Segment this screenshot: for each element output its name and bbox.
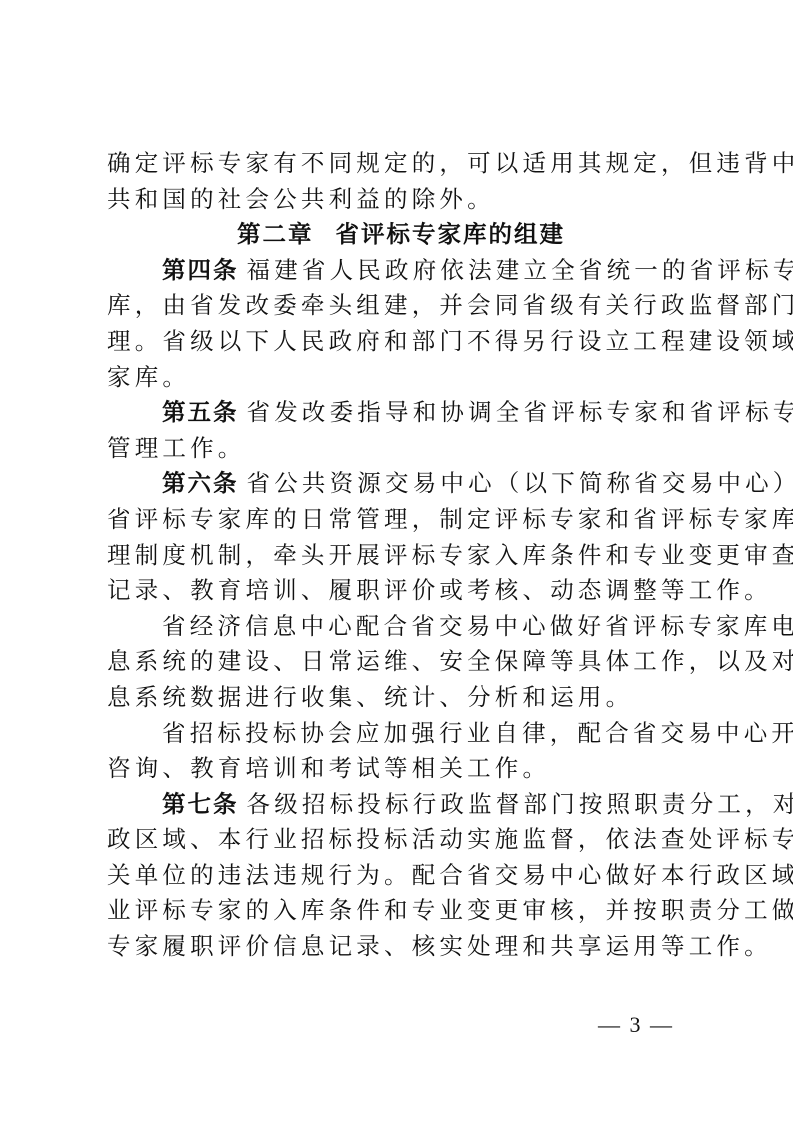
text-line: 理制度机制，牵头开展评标专家入库条件和专业变更审查、档案 [107, 538, 695, 574]
article-label: 第六条 [162, 469, 239, 497]
article-first-line: 第七条各级招标投标行政监督部门按照职责分工，对本行 [107, 787, 695, 823]
text-line: 政区域、本行业招标投标活动实施监督，依法查处评标专家和有 [107, 822, 695, 858]
text-line: 专家履职评价信息记录、核实处理和共享运用等工作。 [107, 929, 695, 965]
article-first-line: 第四条福建省人民政府依法建立全省统一的省评标专家 [107, 253, 695, 289]
text-line: 息系统数据进行收集、统计、分析和运用。 [107, 680, 695, 716]
chapter-heading: 第二章省评标专家库的组建 [107, 217, 695, 253]
article-text: 福建省人民政府依法建立全省统一的省评标专家 [247, 256, 793, 284]
text-line: 业评标专家的入库条件和专业变更审核，并按职责分工做好评标 [107, 893, 695, 929]
text-line: 确定评标专家有不同规定的，可以适用其规定，但违背中华人民 [107, 146, 695, 182]
chapter-number: 第二章 [237, 220, 314, 248]
text-line: 省评标专家库的日常管理，制定评标专家和省评标专家库日常管 [107, 502, 695, 538]
text-line: 家库。 [107, 360, 695, 396]
article-label: 第五条 [162, 398, 239, 426]
article-text: 省发改委指导和协调全省评标专家和省评标专家库 [247, 398, 793, 426]
chapter-title: 省评标专家库的组建 [336, 220, 566, 248]
text-line: 咨询、教育培训和考试等相关工作。 [107, 751, 695, 787]
article-label: 第四条 [162, 256, 239, 284]
paragraph-first-line: 省招标投标协会应加强行业自律，配合省交易中心开展日常 [107, 716, 695, 752]
text-line: 记录、教育培训、履职评价或考核、动态调整等工作。 [107, 573, 695, 609]
article-label: 第七条 [162, 790, 239, 818]
text-line: 库，由省发改委牵头组建，并会同省级有关行政监督部门共同管 [107, 288, 695, 324]
text-line: 共和国的社会公共利益的除外。 [107, 182, 695, 218]
text-line: 管理工作。 [107, 431, 695, 467]
page-number: — 3 — [598, 1012, 674, 1038]
document-page: 确定评标专家有不同规定的，可以适用其规定，但违背中华人民 共和国的社会公共利益的… [107, 146, 695, 965]
article-first-line: 第六条省公共资源交易中心（以下简称省交易中心）负责 [107, 466, 695, 502]
text-line: 关单位的违法违规行为。配合省交易中心做好本行政区域、本行 [107, 858, 695, 894]
article-text: 省公共资源交易中心（以下简称省交易中心）负责 [247, 469, 793, 497]
paragraph-first-line: 省经济信息中心配合省交易中心做好省评标专家库电子信 [107, 609, 695, 645]
article-first-line: 第五条省发改委指导和协调全省评标专家和省评标专家库 [107, 395, 695, 431]
article-text: 各级招标投标行政监督部门按照职责分工，对本行 [247, 790, 793, 818]
text-line: 息系统的建设、日常运维、安全保障等具体工作，以及对电子信 [107, 644, 695, 680]
text-line: 理。省级以下人民政府和部门不得另行设立工程建设领域评标专 [107, 324, 695, 360]
